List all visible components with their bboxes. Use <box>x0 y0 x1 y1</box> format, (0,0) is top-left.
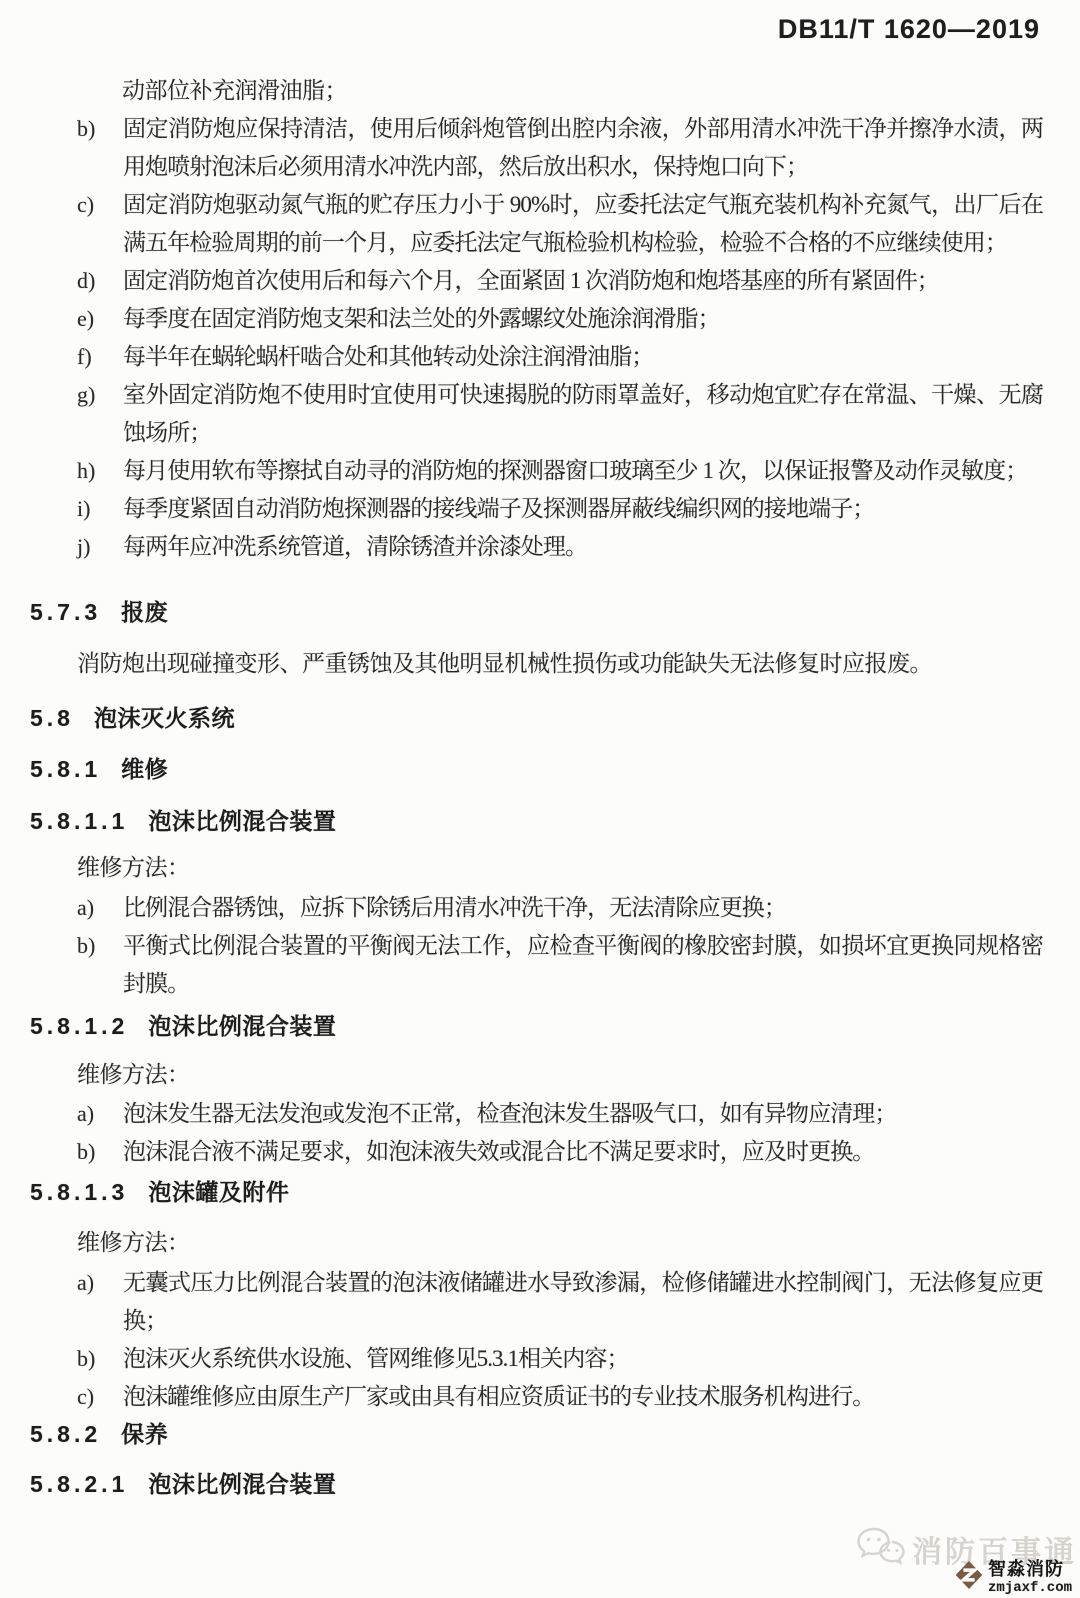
list-item-text: 比例混合器锈蚀，应拆下除锈后用清水冲洗干净，无法清除应更换； <box>123 889 1043 927</box>
section-number: 5.8 <box>30 705 74 732</box>
section-heading-573: 5.7.3 报废 <box>30 594 168 627</box>
list-item: g) 室外固定消防炮不使用时宜使用可快速揭脱的防雨罩盖好，移动炮宜贮存在常温、干… <box>77 376 1043 452</box>
section-heading-58: 5.8 泡沫灭火系统 <box>30 700 235 733</box>
section-title: 泡沫比例混合装置 <box>148 803 336 836</box>
list-item-text: 泡沫混合液不满足要求，如泡沫液失效或混合比不满足要求时，应及时更换。 <box>123 1133 1043 1171</box>
section-heading-5812: 5.8.1.2 泡沫比例混合装置 <box>30 1008 336 1041</box>
list-item-label: b) <box>77 1133 123 1171</box>
section-title: 泡沫比例混合装置 <box>148 1008 336 1041</box>
section-number: 5.8.1.1 <box>30 808 128 835</box>
list-item-text: 每半年在蜗轮蜗杆啮合处和其他转动处涂注润滑油脂； <box>123 338 1043 376</box>
list-item-text: 固定消防炮应保持清洁，使用后倾斜炮管倒出腔内余液，外部用清水冲洗干净并擦净水渍，… <box>123 110 1043 186</box>
section-number: 5.8.1.2 <box>30 1013 128 1040</box>
section-number: 5.8.1.3 <box>30 1179 128 1206</box>
maintenance-list: b) 固定消防炮应保持清洁，使用后倾斜炮管倒出腔内余液，外部用清水冲洗干净并擦净… <box>77 110 1043 566</box>
section-heading-5811: 5.8.1.1 泡沫比例混合装置 <box>30 803 336 836</box>
section-number: 5.8.2 <box>30 1421 101 1448</box>
wechat-icon <box>856 1526 906 1571</box>
list-item: b) 平衡式比例混合装置的平衡阀无法工作，应检查平衡阀的橡胶密封膜，如损坏宜更换… <box>77 927 1043 1003</box>
method-label: 维修方法： <box>77 1227 190 1259</box>
watermark-logo-url: zmjaxf.com <box>988 1581 1072 1595</box>
list-item-text: 室外固定消防炮不使用时宜使用可快速揭脱的防雨罩盖好，移动炮宜贮存在常温、干燥、无… <box>123 376 1043 452</box>
list-item-text: 每季度在固定消防炮支架和法兰处的外露螺纹处施涂润滑脂； <box>123 300 1043 338</box>
list-item: f) 每半年在蜗轮蜗杆啮合处和其他转动处涂注润滑油脂； <box>77 338 1043 376</box>
list-item-label: e) <box>77 300 123 338</box>
section-title: 泡沫比例混合装置 <box>148 1466 336 1499</box>
list-item-text: 无囊式压力比例混合装置的泡沫液储罐进水导致渗漏，检修储罐进水控制阀门，无法修复应… <box>123 1264 1043 1340</box>
section-title: 泡沫罐及附件 <box>148 1174 289 1207</box>
list-item-label: c) <box>77 1378 123 1416</box>
carryover-text: 动部位补充润滑油脂； <box>122 72 347 105</box>
list-item-text: 泡沫灭火系统供水设施、管网维修见5.3.1相关内容； <box>123 1340 1043 1378</box>
section-heading-5813: 5.8.1.3 泡沫罐及附件 <box>30 1174 289 1207</box>
list-item-text: 固定消防炮驱动氮气瓶的贮存压力小于 90%时，应委托法定气瓶充装机构补充氮气，出… <box>123 186 1043 262</box>
list-item-text: 每两年应冲洗系统管道，清除锈渣并涂漆处理。 <box>123 528 1043 566</box>
list-item: a) 无囊式压力比例混合装置的泡沫液储罐进水导致渗漏，检修储罐进水控制阀门，无法… <box>77 1264 1043 1340</box>
list-item: i) 每季度紧固自动消防炮探测器的接线端子及探测器屏蔽线编织网的接地端子； <box>77 490 1043 528</box>
list-item: b) 泡沫灭火系统供水设施、管网维修见5.3.1相关内容； <box>77 1340 1043 1378</box>
list-item-text: 每月使用软布等擦拭自动寻的消防炮的探测器窗口玻璃至少 1 次，以保证报警及动作灵… <box>123 452 1043 490</box>
watermark-logo-title: 智淼消防 <box>988 1560 1072 1578</box>
watermark-logo: 智淼消防 zmjaxf.com <box>955 1560 1072 1595</box>
list-item: c) 固定消防炮驱动氮气瓶的贮存压力小于 90%时，应委托法定气瓶充装机构补充氮… <box>77 186 1043 262</box>
list-item-label: a) <box>77 889 123 927</box>
section-heading-582: 5.8.2 保养 <box>30 1416 168 1449</box>
doc-number: DB11/T 1620—2019 <box>778 14 1040 45</box>
list-item-label: a) <box>77 1264 123 1302</box>
method-label: 维修方法： <box>77 852 190 884</box>
section-number: 5.7.3 <box>30 599 101 626</box>
list-item-label: b) <box>77 1340 123 1378</box>
section-heading-5821: 5.8.2.1 泡沫比例混合装置 <box>30 1466 336 1499</box>
section-title: 泡沫灭火系统 <box>94 700 235 733</box>
list-item: j) 每两年应冲洗系统管道，清除锈渣并涂漆处理。 <box>77 528 1043 566</box>
list-item: c) 泡沫罐维修应由原生产厂家或由具有相应资质证书的专业技术服务机构进行。 <box>77 1378 1043 1416</box>
section-paragraph: 消防炮出现碰撞变形、严重锈蚀及其他明显机械性损伤或功能缺失无法修复时应报废。 <box>77 648 1027 680</box>
list-item-text: 泡沫发生器无法发泡或发泡不正常，检查泡沫发生器吸气口，如有异物应清理； <box>123 1095 1043 1133</box>
section-number: 5.8.1 <box>30 756 101 783</box>
section-heading-581: 5.8.1 维修 <box>30 751 168 784</box>
list-item: a) 比例混合器锈蚀，应拆下除锈后用清水冲洗干净，无法清除应更换； <box>77 889 1043 927</box>
method-label: 维修方法： <box>77 1059 190 1091</box>
watermark-logo-text: 智淼消防 zmjaxf.com <box>988 1560 1072 1595</box>
section-number: 5.8.2.1 <box>30 1471 128 1498</box>
list-item-label: i) <box>77 490 123 528</box>
list-item-text: 固定消防炮首次使用后和每六个月，全面紧固 1 次消防炮和炮塔基座的所有紧固件； <box>123 262 1043 300</box>
list-item: b) 泡沫混合液不满足要求，如泡沫液失效或混合比不满足要求时，应及时更换。 <box>77 1133 1043 1171</box>
repair-list-5811: a) 比例混合器锈蚀，应拆下除锈后用清水冲洗干净，无法清除应更换； b) 平衡式… <box>77 889 1043 1003</box>
list-item-label: h) <box>77 452 123 490</box>
repair-list-5812: a) 泡沫发生器无法发泡或发泡不正常，检查泡沫发生器吸气口，如有异物应清理； b… <box>77 1095 1043 1171</box>
repair-list-5813: a) 无囊式压力比例混合装置的泡沫液储罐进水导致渗漏，检修储罐进水控制阀门，无法… <box>77 1264 1043 1416</box>
zmjaxf-logo-icon <box>955 1560 983 1595</box>
list-item-text: 每季度紧固自动消防炮探测器的接线端子及探测器屏蔽线编织网的接地端子； <box>123 490 1043 528</box>
list-item-label: b) <box>77 110 123 148</box>
list-item-label: c) <box>77 186 123 224</box>
section-title: 报废 <box>121 594 168 627</box>
list-item-label: d) <box>77 262 123 300</box>
list-item-text: 泡沫罐维修应由原生产厂家或由具有相应资质证书的专业技术服务机构进行。 <box>123 1378 1043 1416</box>
list-item-label: a) <box>77 1095 123 1133</box>
section-title: 保养 <box>121 1416 168 1449</box>
list-item: d) 固定消防炮首次使用后和每六个月，全面紧固 1 次消防炮和炮塔基座的所有紧固… <box>77 262 1043 300</box>
list-item: e) 每季度在固定消防炮支架和法兰处的外露螺纹处施涂润滑脂； <box>77 300 1043 338</box>
document-page: DB11/T 1620—2019 动部位补充润滑油脂； b) 固定消防炮应保持清… <box>0 0 1080 1598</box>
list-item-text: 平衡式比例混合装置的平衡阀无法工作，应检查平衡阀的橡胶密封膜，如损坏宜更换同规格… <box>123 927 1043 1003</box>
list-item-label: b) <box>77 927 123 965</box>
list-item: b) 固定消防炮应保持清洁，使用后倾斜炮管倒出腔内余液，外部用清水冲洗干净并擦净… <box>77 110 1043 186</box>
list-item-label: j) <box>77 528 123 566</box>
list-item-label: g) <box>77 376 123 414</box>
list-item-label: f) <box>77 338 123 376</box>
list-item: a) 泡沫发生器无法发泡或发泡不正常，检查泡沫发生器吸气口，如有异物应清理； <box>77 1095 1043 1133</box>
list-item: h) 每月使用软布等擦拭自动寻的消防炮的探测器窗口玻璃至少 1 次，以保证报警及… <box>77 452 1043 490</box>
section-title: 维修 <box>121 751 168 784</box>
